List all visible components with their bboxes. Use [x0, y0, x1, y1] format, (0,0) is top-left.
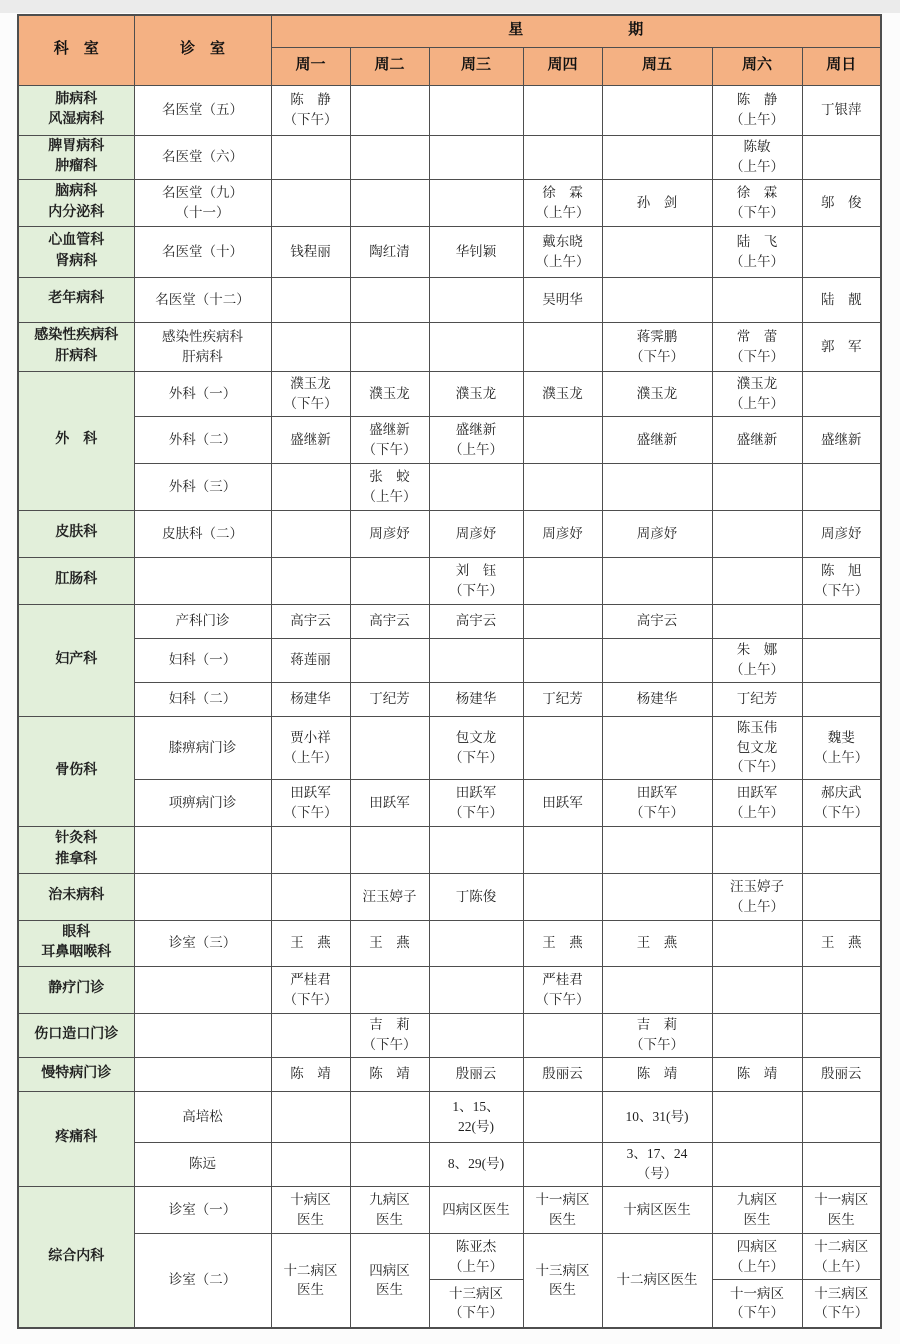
schedule-cell-fri: 孙 剑 [602, 179, 712, 226]
doctor-name: 陈 靖 [715, 1064, 800, 1084]
room-cell [134, 1013, 271, 1057]
schedule-cell-fri: 十二病区医生 [602, 1233, 712, 1328]
schedule-cell-thu [523, 873, 602, 920]
doctor-name: （上午） [526, 203, 600, 223]
room-cell: 诊室（二） [134, 1233, 271, 1328]
schedule-cell-tue [350, 638, 429, 682]
schedule-cell-mon: 盛继新 [271, 416, 350, 463]
schedule-cell-sun: 郭 军 [802, 322, 881, 371]
room-label: 皮肤科（二） [137, 524, 269, 544]
schedule-cell-mon: 陈 靖 [271, 1057, 350, 1091]
doctor-name: （上午） [715, 803, 800, 823]
doctor-name: （下午） [274, 394, 348, 414]
schedule-cell-mon: 陈 静（下午） [271, 85, 350, 135]
doctor-name: 吉 莉 [353, 1015, 427, 1035]
room-cell: 诊室（一） [134, 1186, 271, 1233]
schedule-cell-thu: 严桂君（下午） [523, 966, 602, 1013]
doctor-name: 高宇云 [432, 611, 521, 631]
schedule-cell-thu: 十一病区医生 [523, 1186, 602, 1233]
room-cell: 妇科（二） [134, 682, 271, 716]
schedule-cell-fri [602, 85, 712, 135]
doctor-name: 十一病区 [805, 1190, 879, 1210]
department-name: 综合内科 [21, 1247, 132, 1267]
department-name: 肛肠科 [21, 570, 132, 590]
department-name: 针灸科 [21, 829, 132, 849]
room-cell: 外科（二） [134, 416, 271, 463]
department-name: 治未病科 [21, 886, 132, 906]
department-cell: 脑病科内分泌科 [18, 179, 134, 226]
schedule-cell-wed: 丁陈俊 [429, 873, 523, 920]
schedule-cell-tue [350, 179, 429, 226]
schedule-cell-wed [429, 826, 523, 873]
doctor-name: （上午） [805, 1257, 879, 1277]
department-name: 皮肤科 [21, 523, 132, 543]
doctor-name: 周彦妤 [526, 524, 600, 544]
schedule-cell-mon: 濮玉龙（下午） [271, 371, 350, 416]
schedule-cell-fri: 高宇云 [602, 604, 712, 638]
schedule-cell-wed [429, 638, 523, 682]
schedule-cell-sun [802, 1142, 881, 1186]
doctor-name: （上午） [715, 394, 800, 414]
schedule-cell-sat: 徐 霖（下午） [712, 179, 802, 226]
room-label: 陈远 [137, 1154, 269, 1174]
schedule-cell-tue: 盛继新（下午） [350, 416, 429, 463]
schedule-cell-fri: 10、31(号) [602, 1091, 712, 1142]
schedule-cell-mon: 王 燕 [271, 920, 350, 966]
doctor-name: （上午） [432, 1257, 521, 1277]
doctor-name: 刘 钰 [432, 561, 521, 581]
table-row: 脑病科内分泌科名医堂（九）（十一）徐 霖（上午）孙 剑徐 霖（下午）邬 俊 [18, 179, 881, 226]
schedule-cell-fri: 王 燕 [602, 920, 712, 966]
schedule-cell-tue [350, 557, 429, 604]
day-header-mon: 周一 [271, 47, 350, 85]
day-header-fri: 周五 [602, 47, 712, 85]
split-cell-morning: 陈亚杰（上午） [430, 1234, 523, 1280]
schedule-cell-sat: 朱 娜（上午） [712, 638, 802, 682]
schedule-cell-tue: 陶红清 [350, 226, 429, 277]
doctor-name: 十一病区 [526, 1190, 600, 1210]
department-cell: 综合内科 [18, 1186, 134, 1328]
schedule-cell-wed: 8、29(号) [429, 1142, 523, 1186]
schedule-cell-fri [602, 638, 712, 682]
room-cell: 项痹病门诊 [134, 779, 271, 826]
schedule-cell-fri [602, 463, 712, 510]
doctor-name: 医生 [274, 1210, 348, 1230]
top-strip [0, 0, 900, 13]
department-name: 老年病科 [21, 289, 132, 309]
schedule-cell-mon [271, 510, 350, 557]
department-cell: 静疗门诊 [18, 966, 134, 1013]
day-header-thu: 周四 [523, 47, 602, 85]
schedule-cell-tue: 田跃军 [350, 779, 429, 826]
doctor-name: 丁纪芳 [526, 689, 600, 709]
doctor-name: 殷丽云 [432, 1064, 521, 1084]
doctor-name: 十三病区 [805, 1284, 879, 1304]
schedule-cell-wed: 高宇云 [429, 604, 523, 638]
schedule-table: 科 室诊 室星 期周一周二周三周四周五周六周日肺病科风湿病科名医堂（五）陈 静（… [17, 14, 882, 1329]
schedule-cell-wed: 1、15、22(号) [429, 1091, 523, 1142]
doctor-name: 濮玉龙 [605, 384, 710, 404]
schedule-cell-wed [429, 135, 523, 179]
schedule-cell-mon: 贾小祥（上午） [271, 716, 350, 779]
doctor-name: 医生 [715, 1210, 800, 1230]
doctor-name: （下午） [432, 581, 521, 601]
doctor-name: 濮玉龙 [715, 374, 800, 394]
split-cell-afternoon: 十三病区（下午） [803, 1280, 881, 1326]
schedule-cell-thu [523, 85, 602, 135]
schedule-cell-wed [429, 277, 523, 322]
schedule-cell-wed: 田跃军（下午） [429, 779, 523, 826]
department-cell: 眼科耳鼻咽喉科 [18, 920, 134, 966]
schedule-cell-wed: 濮玉龙 [429, 371, 523, 416]
doctor-name: （上午） [715, 252, 800, 272]
schedule-cell-sat [712, 920, 802, 966]
doctor-name: 田跃军 [432, 783, 521, 803]
table-row: 静疗门诊严桂君（下午）严桂君（下午） [18, 966, 881, 1013]
room-cell: 外科（一） [134, 371, 271, 416]
department-cell: 感染性疾病科肝病科 [18, 322, 134, 371]
department-name: 眼科 [21, 923, 132, 943]
doctor-name: 十病区 [274, 1190, 348, 1210]
schedule-cell-sun [802, 135, 881, 179]
table-row: 眼科耳鼻咽喉科诊室（三）王 燕王 燕王 燕王 燕王 燕 [18, 920, 881, 966]
room-cell: 妇科（一） [134, 638, 271, 682]
table-row: 外科（二）盛继新盛继新（下午）盛继新（上午）盛继新盛继新盛继新 [18, 416, 881, 463]
doctor-name: （上午） [715, 1257, 800, 1277]
doctor-name: 陈 静 [274, 90, 348, 110]
department-name: 脾胃病科 [21, 137, 132, 157]
room-label: 外科（二） [137, 430, 269, 450]
schedule-cell-fri: 盛继新 [602, 416, 712, 463]
schedule-cell-fri [602, 557, 712, 604]
schedule-cell-tue [350, 716, 429, 779]
department-name: 外 科 [21, 430, 132, 450]
doctor-name: 四病区 [353, 1261, 427, 1281]
department-cell: 脾胃病科肿瘤科 [18, 135, 134, 179]
schedule-cell-wed: 四病区医生 [429, 1186, 523, 1233]
department-name: 疼痛科 [21, 1128, 132, 1148]
schedule-cell-sat: 陆 飞（上午） [712, 226, 802, 277]
doctor-name: 高宇云 [605, 611, 710, 631]
doctor-name: 王 燕 [526, 933, 600, 953]
schedule-cell-thu: 殷丽云 [523, 1057, 602, 1091]
schedule-cell-sat [712, 510, 802, 557]
schedule-cell-thu: 徐 霖（上午） [523, 179, 602, 226]
room-cell [134, 826, 271, 873]
doctor-name: 盛继新 [605, 430, 710, 450]
room-cell: 陈远 [134, 1142, 271, 1186]
department-name: 脑病科 [21, 182, 132, 202]
schedule-cell-wed [429, 920, 523, 966]
room-cell: 名医堂（五） [134, 85, 271, 135]
doctor-name: 十二病区 [274, 1261, 348, 1281]
schedule-cell-sun [802, 371, 881, 416]
schedule-cell-thu [523, 463, 602, 510]
schedule-cell-thu [523, 135, 602, 179]
room-label: 高培松 [137, 1107, 269, 1127]
schedule-cell-sun: 邬 俊 [802, 179, 881, 226]
department-name: 伤口造口门诊 [21, 1025, 132, 1045]
schedule-cell-tue [350, 135, 429, 179]
table-row: 慢特病门诊陈 靖陈 靖殷丽云殷丽云陈 靖陈 靖殷丽云 [18, 1057, 881, 1091]
schedule-cell-fri: 十病区医生 [602, 1186, 712, 1233]
department-cell: 皮肤科 [18, 510, 134, 557]
doctor-name: 濮玉龙 [526, 384, 600, 404]
schedule-cell-sun: 陈 旭（下午） [802, 557, 881, 604]
table-row: 伤口造口门诊吉 莉（下午）吉 莉（下午） [18, 1013, 881, 1057]
table-row: 治未病科汪玉婷子丁陈俊汪玉婷子（上午） [18, 873, 881, 920]
schedule-cell-sat [712, 277, 802, 322]
doctor-name: 周彦妤 [353, 524, 427, 544]
doctor-name: 田跃军 [715, 783, 800, 803]
department-name: 感染性疾病科 [21, 326, 132, 346]
schedule-cell-fri: 陈 靖 [602, 1057, 712, 1091]
doctor-name: 十病区医生 [605, 1200, 710, 1220]
doctor-name: （上午） [353, 487, 427, 507]
schedule-cell-mon [271, 1091, 350, 1142]
doctor-name: 朱 娜 [715, 640, 800, 660]
department-cell: 肺病科风湿病科 [18, 85, 134, 135]
doctor-name: 九病区 [715, 1190, 800, 1210]
schedule-cell-thu: 丁纪芳 [523, 682, 602, 716]
room-cell: 名医堂（九）（十一） [134, 179, 271, 226]
schedule-cell-wed [429, 85, 523, 135]
room-label: 名医堂（五） [137, 100, 269, 120]
department-name: 内分泌科 [21, 203, 132, 223]
doctor-name: 杨建华 [605, 689, 710, 709]
page: 科 室诊 室星 期周一周二周三周四周五周六周日肺病科风湿病科名医堂（五）陈 静（… [0, 0, 900, 1329]
doctor-name: （下午） [432, 1303, 521, 1323]
room-cell: 高培松 [134, 1091, 271, 1142]
schedule-cell-sat [712, 604, 802, 638]
schedule-cell-thu [523, 322, 602, 371]
schedule-cell-tue [350, 1142, 429, 1186]
doctor-name: 徐 霖 [715, 183, 800, 203]
doctor-name: 医生 [353, 1210, 427, 1230]
doctor-name: 陈 靖 [274, 1064, 348, 1084]
room-label: 名医堂（十二） [137, 290, 269, 310]
doctor-name: 殷丽云 [526, 1064, 600, 1084]
schedule-cell-tue: 吉 莉（下午） [350, 1013, 429, 1057]
department-name: 慢特病门诊 [21, 1064, 132, 1084]
room-label: 膝痹病门诊 [137, 738, 269, 758]
doctor-name: 孙 剑 [605, 193, 710, 213]
doctor-name: 医生 [274, 1280, 348, 1300]
day-header-wed: 周三 [429, 47, 523, 85]
room-cell: 名医堂（十二） [134, 277, 271, 322]
schedule-cell-fri [602, 873, 712, 920]
schedule-cell-sun [802, 1091, 881, 1142]
schedule-cell-thu: 濮玉龙 [523, 371, 602, 416]
schedule-cell-mon: 十二病区医生 [271, 1233, 350, 1328]
department-name: 肿瘤科 [21, 157, 132, 177]
department-cell: 针灸科推拿科 [18, 826, 134, 873]
schedule-cell-tue [350, 322, 429, 371]
department-cell: 外 科 [18, 371, 134, 510]
doctor-name: （下午） [432, 748, 521, 768]
department-cell: 老年病科 [18, 277, 134, 322]
doctor-name: 邬 俊 [805, 193, 879, 213]
doctor-name: 吴明华 [526, 290, 600, 310]
doctor-name: （下午） [274, 110, 348, 130]
table-row: 骨伤科膝痹病门诊贾小祥（上午）包文龙（下午）陈玉伟包文龙（下午）魏斐（上午） [18, 716, 881, 779]
schedule-cell-mon: 十病区医生 [271, 1186, 350, 1233]
doctor-name: 陈 旭 [805, 561, 879, 581]
department-cell: 伤口造口门诊 [18, 1013, 134, 1057]
doctor-name: 陶红清 [353, 242, 427, 262]
doctor-name: 田跃军 [526, 793, 600, 813]
doctor-name: （下午） [605, 347, 710, 367]
schedule-cell-mon: 钱程丽 [271, 226, 350, 277]
doctor-name: （下午） [805, 581, 879, 601]
schedule-cell-mon: 蒋莲丽 [271, 638, 350, 682]
room-label: 妇科（一） [137, 650, 269, 670]
schedule-cell-sat: 田跃军（上午） [712, 779, 802, 826]
schedule-cell-mon [271, 557, 350, 604]
doctor-name: （下午） [715, 203, 800, 223]
schedule-cell-sat [712, 966, 802, 1013]
doctor-name: 华钊颖 [432, 242, 521, 262]
table-row: 疼痛科高培松1、15、22(号)10、31(号) [18, 1091, 881, 1142]
doctor-name: 盛继新 [274, 430, 348, 450]
schedule-cell-thu [523, 416, 602, 463]
schedule-cell-thu [523, 716, 602, 779]
doctor-name: 九病区 [353, 1190, 427, 1210]
doctor-name: （下午） [715, 1303, 800, 1323]
schedule-cell-sun [802, 226, 881, 277]
table-row: 老年病科名医堂（十二）吴明华陆 靓 [18, 277, 881, 322]
department-name: 肝病科 [21, 347, 132, 367]
table-row: 综合内科诊室（一）十病区医生九病区医生四病区医生十一病区医生十病区医生九病区医生… [18, 1186, 881, 1233]
schedule-cell-sun: 魏斐（上午） [802, 716, 881, 779]
doctor-name: 高宇云 [274, 611, 348, 631]
doctor-name: （下午） [353, 440, 427, 460]
doctor-name: （下午） [715, 347, 800, 367]
doctor-name: 陈 静 [715, 90, 800, 110]
schedule-cell-sun: 盛继新 [802, 416, 881, 463]
schedule-cell-thu: 戴东晓（上午） [523, 226, 602, 277]
doctor-name: （下午） [526, 990, 600, 1010]
doctor-name: 十三病区 [526, 1261, 600, 1281]
split-cell-afternoon: 十三病区（下午） [430, 1280, 523, 1326]
schedule-cell-fri: 周彦妤 [602, 510, 712, 557]
department-name: 推拿科 [21, 850, 132, 870]
doctor-name: 1、15、 [432, 1097, 521, 1117]
schedule-cell-sun: 陆 靓 [802, 277, 881, 322]
schedule-cell-sun: 殷丽云 [802, 1057, 881, 1091]
schedule-cell-mon [271, 463, 350, 510]
schedule-cell-wed: 刘 钰（下午） [429, 557, 523, 604]
schedule-cell-tue: 四病区医生 [350, 1233, 429, 1328]
doctor-name: （上午） [805, 748, 879, 768]
room-cell: 名医堂（十） [134, 226, 271, 277]
doctor-name: （下午） [605, 803, 710, 823]
doctor-name: 陆 飞 [715, 232, 800, 252]
schedule-cell-sun [802, 966, 881, 1013]
department-name: 妇产科 [21, 650, 132, 670]
doctor-name: （下午） [353, 1035, 427, 1055]
doctor-name: 医生 [526, 1280, 600, 1300]
split-cell-afternoon: 十一病区（下午） [713, 1280, 802, 1326]
department-name: 肾病科 [21, 252, 132, 272]
room-label: 产科门诊 [137, 611, 269, 631]
room-label: 感染性疾病科 [137, 327, 269, 347]
schedule-cell-thu: 十三病区医生 [523, 1233, 602, 1328]
room-label: 诊室（二） [137, 1270, 269, 1290]
schedule-cell-wed [429, 463, 523, 510]
schedule-cell-sun [802, 638, 881, 682]
doctor-name: 包文龙 [432, 728, 521, 748]
doctor-name: （上午） [274, 748, 348, 768]
doctor-name: （号） [605, 1164, 710, 1184]
doctor-name: 郝庆武 [805, 783, 879, 803]
room-cell [134, 966, 271, 1013]
doctor-name: （下午） [274, 990, 348, 1010]
department-cell: 妇产科 [18, 604, 134, 716]
department-name: 骨伤科 [21, 761, 132, 781]
room-label: 名医堂（十） [137, 242, 269, 262]
schedule-cell-thu: 周彦妤 [523, 510, 602, 557]
doctor-name: （下午） [605, 1035, 710, 1055]
schedule-cell-fri [602, 226, 712, 277]
split-cell-morning: 十二病区（上午） [803, 1234, 881, 1280]
doctor-name: 盛继新 [432, 420, 521, 440]
schedule-cell-fri [602, 716, 712, 779]
schedule-cell-fri: 杨建华 [602, 682, 712, 716]
doctor-name: 陈敏 [715, 137, 800, 157]
department-cell: 肛肠科 [18, 557, 134, 604]
schedule-cell-fri: 3、17、24（号） [602, 1142, 712, 1186]
schedule-cell-sun [802, 682, 881, 716]
doctor-name: （下午） [715, 757, 800, 777]
schedule-cell-tue [350, 85, 429, 135]
doctor-name: 田跃军 [353, 793, 427, 813]
doctor-name: 严桂君 [274, 970, 348, 990]
schedule-cell-wed: 华钊颖 [429, 226, 523, 277]
doctor-name: 濮玉龙 [432, 384, 521, 404]
department-cell: 治未病科 [18, 873, 134, 920]
doctor-name: 王 燕 [605, 933, 710, 953]
doctor-name: 濮玉龙 [353, 384, 427, 404]
doctor-name: 张 蛟 [353, 467, 427, 487]
split-cell-morning: 四病区（上午） [713, 1234, 802, 1280]
doctor-name: 钱程丽 [274, 242, 348, 262]
schedule-cell-sat: 丁纪芳 [712, 682, 802, 716]
room-label: 诊室（三） [137, 933, 269, 953]
schedule-cell-sat: 盛继新 [712, 416, 802, 463]
doctor-name: 徐 霖 [526, 183, 600, 203]
room-label: 名医堂（九） [137, 183, 269, 203]
table-row: 项痹病门诊田跃军（下午）田跃军田跃军（下午）田跃军田跃军（下午）田跃军（上午）郝… [18, 779, 881, 826]
doctor-name: 包文龙 [715, 738, 800, 758]
table-row: 肺病科风湿病科名医堂（五）陈 静（下午）陈 静（上午）丁银萍 [18, 85, 881, 135]
dept-column-header: 科 室 [18, 15, 134, 85]
doctor-name: 盛继新 [805, 430, 879, 450]
doctor-name: 杨建华 [274, 689, 348, 709]
schedule-cell-sun [802, 463, 881, 510]
schedule-cell-sat [712, 557, 802, 604]
schedule-cell-tue [350, 826, 429, 873]
schedule-cell-tue: 高宇云 [350, 604, 429, 638]
room-label: 项痹病门诊 [137, 793, 269, 813]
schedule-cell-thu [523, 826, 602, 873]
schedule-cell-fri [602, 826, 712, 873]
schedule-cell-tue [350, 277, 429, 322]
schedule-cell-wed [429, 1013, 523, 1057]
table-row: 陈远8、29(号)3、17、24（号） [18, 1142, 881, 1186]
schedule-cell-tue: 汪玉婷子 [350, 873, 429, 920]
doctor-name: （下午） [805, 803, 879, 823]
